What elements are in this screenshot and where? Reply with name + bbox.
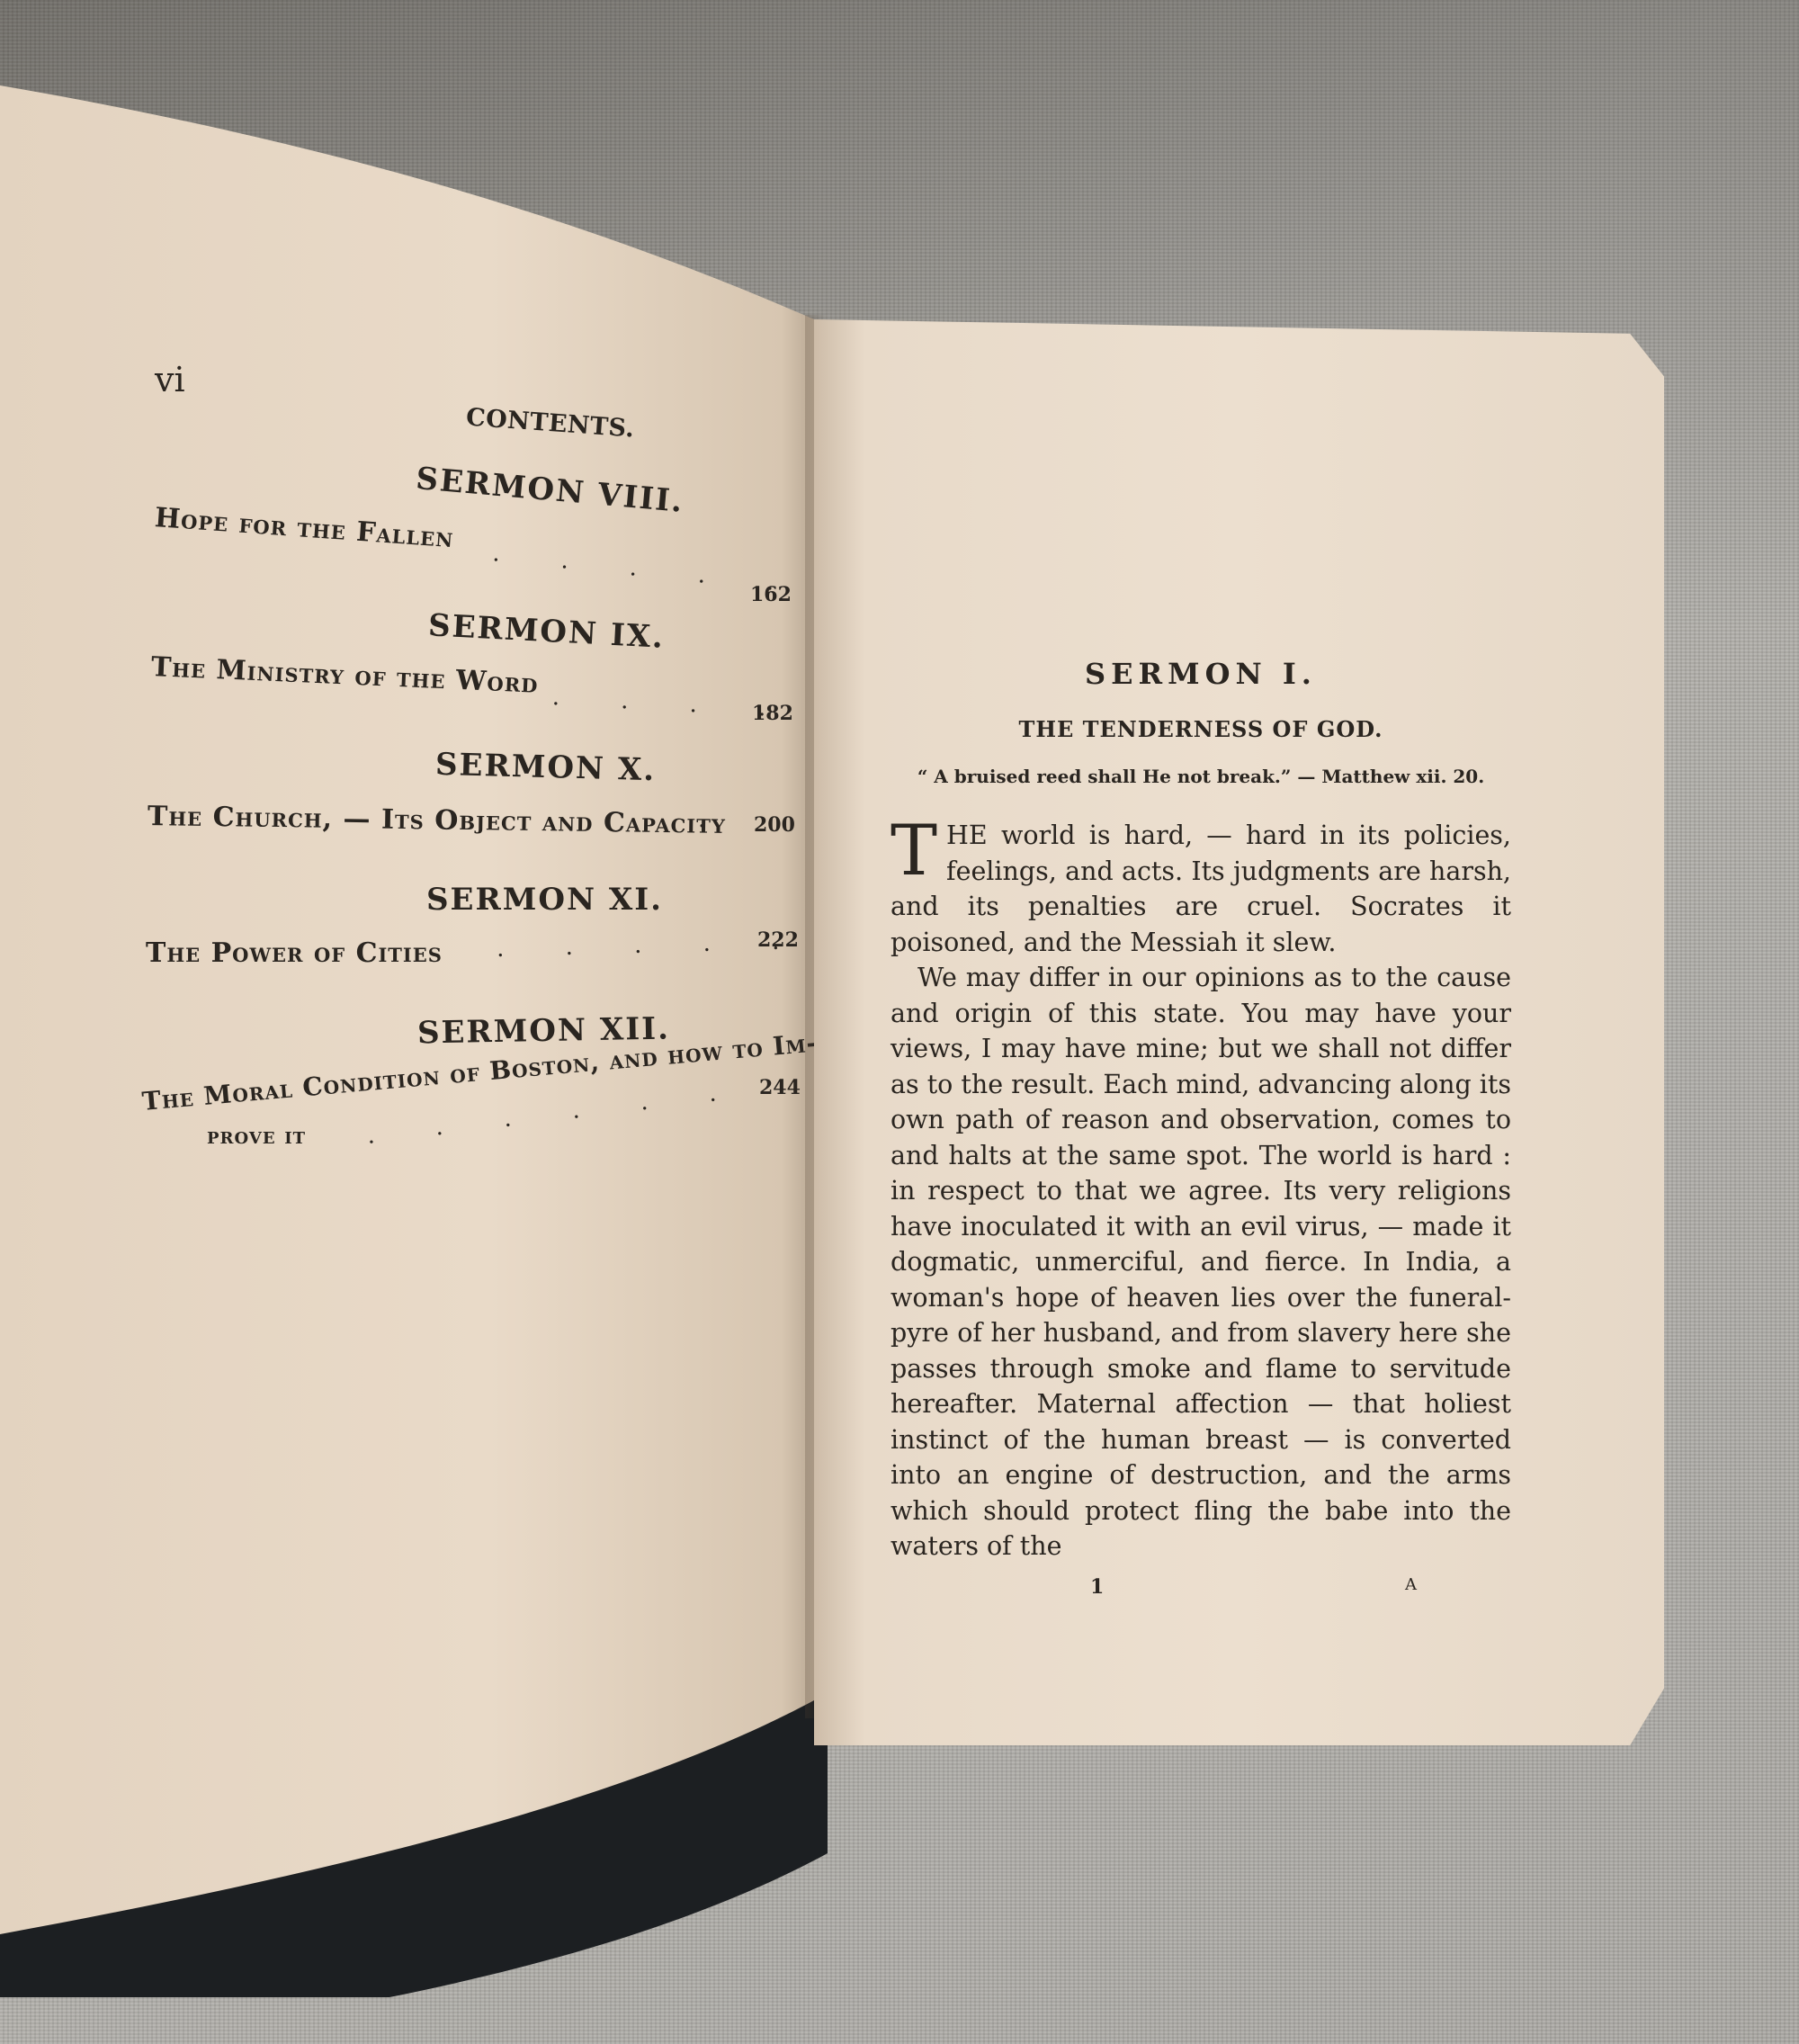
drop-cap: T: [891, 823, 937, 879]
toc-title: The Church, — Its Object and Capacity: [148, 801, 726, 840]
toc-heading: SERMON IX.: [427, 607, 666, 656]
epigraph: “ A bruised reed shall He not break.” — …: [891, 766, 1511, 787]
page-footer: 1 A: [891, 1575, 1511, 1611]
toc-heading: SERMON XI.: [426, 882, 663, 918]
toc-page-number: 222: [757, 928, 799, 952]
toc-page-number: 162: [750, 583, 792, 606]
sermon-body: THE world is hard, — hard in its policie…: [891, 818, 1511, 1564]
page-number: 1: [1090, 1575, 1104, 1599]
toc-page-number: 200: [754, 813, 795, 837]
toc-title: The Ministry of the Word: [150, 651, 539, 700]
toc-heading: SERMON VIII.: [415, 461, 685, 520]
paragraph-1-text: HE world is hard, — hard in its policies…: [891, 820, 1511, 957]
toc-page-number: 182: [752, 702, 793, 725]
toc-title: The Power of Cities: [146, 937, 443, 969]
paragraph-1: THE world is hard, — hard in its policie…: [891, 818, 1511, 960]
toc-page-number: 244: [759, 1076, 801, 1099]
toc-heading: SERMON X.: [435, 747, 657, 788]
toc-title: Hope for the Fallen: [154, 502, 455, 554]
toc-title-continuation: prove it: [207, 1123, 306, 1149]
contents-page: vi CONTENTS. SERMON VIII. Hope for the F…: [0, 0, 814, 2044]
signature-mark: A: [1405, 1575, 1417, 1594]
sermon-title: THE TENDERNESS OF GOD.: [891, 716, 1511, 742]
sermon-page-content: SERMON I. THE TENDERNESS OF GOD. “ A bru…: [891, 657, 1511, 1611]
paragraph-2: We may differ in our opinions as to the …: [891, 960, 1511, 1564]
left-page: vi CONTENTS. SERMON VIII. Hope for the F…: [0, 0, 814, 2044]
folio-number: vi: [155, 360, 185, 399]
running-head: CONTENTS.: [465, 403, 635, 443]
sermon-heading: SERMON I.: [891, 657, 1511, 691]
